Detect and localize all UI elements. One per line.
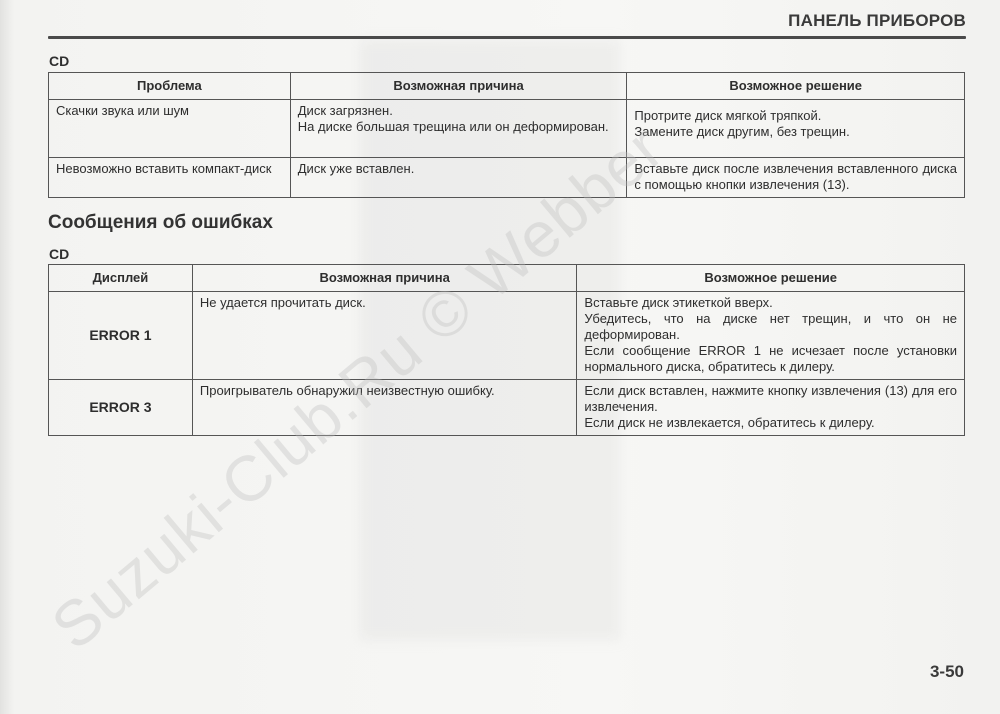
cd-error-messages-table: Дисплей Возможная причина Возможное реше…	[48, 264, 965, 436]
problem-cell: Невозможно вставить компакт-диск	[49, 158, 291, 198]
manual-page: ПАНЕЛЬ ПРИБОРОВ CD Проблема Возможная пр…	[0, 0, 1000, 714]
table-row: Невозможно вставить компакт-диск Диск уж…	[49, 158, 965, 198]
table-header-row: Дисплей Возможная причина Возможное реше…	[49, 265, 965, 292]
cause-cell: Проигрыватель обнаружил неизвестную ошиб…	[192, 380, 577, 436]
column-header-display: Дисплей	[49, 265, 193, 292]
column-header-solution: Возможное решение	[577, 265, 965, 292]
column-header-cause: Возможная причина	[290, 73, 627, 100]
solution-cell: Протрите диск мягкой тряпкой. Замените д…	[627, 100, 965, 158]
display-code-cell: ERROR 1	[49, 292, 193, 380]
problem-cell: Скачки звука или шум	[49, 100, 291, 158]
column-header-solution: Возможное решение	[627, 73, 965, 100]
column-header-problem: Проблема	[49, 73, 291, 100]
table-row: ERROR 1 Не удается прочитать диск. Встав…	[49, 292, 965, 380]
table-label-cd: CD	[49, 246, 69, 262]
solution-cell: Если диск вставлен, нажмите кнопку извле…	[577, 380, 965, 436]
table-header-row: Проблема Возможная причина Возможное реш…	[49, 73, 965, 100]
cause-cell: Диск загрязнен. На диске большая трещина…	[290, 100, 627, 158]
display-code-cell: ERROR 3	[49, 380, 193, 436]
table-row: Скачки звука или шум Диск загрязнен. На …	[49, 100, 965, 158]
table-row: ERROR 3 Проигрыватель обнаружил неизвест…	[49, 380, 965, 436]
cd-troubleshooting-table: Проблема Возможная причина Возможное реш…	[48, 72, 965, 198]
column-header-cause: Возможная причина	[192, 265, 577, 292]
page-section-title: ПАНЕЛЬ ПРИБОРОВ	[788, 11, 966, 31]
cause-cell: Диск уже вставлен.	[290, 158, 627, 198]
header-divider	[48, 36, 966, 39]
cause-cell: Не удается прочитать диск.	[192, 292, 577, 380]
section-heading-error-messages: Сообщения об ошибках	[48, 212, 273, 234]
page-number: 3-50	[930, 662, 964, 682]
table-label-cd: CD	[49, 53, 69, 69]
solution-cell: Вставьте диск после извлечения вставленн…	[627, 158, 965, 198]
solution-cell: Вставьте диск этикеткой вверх. Убедитесь…	[577, 292, 965, 380]
